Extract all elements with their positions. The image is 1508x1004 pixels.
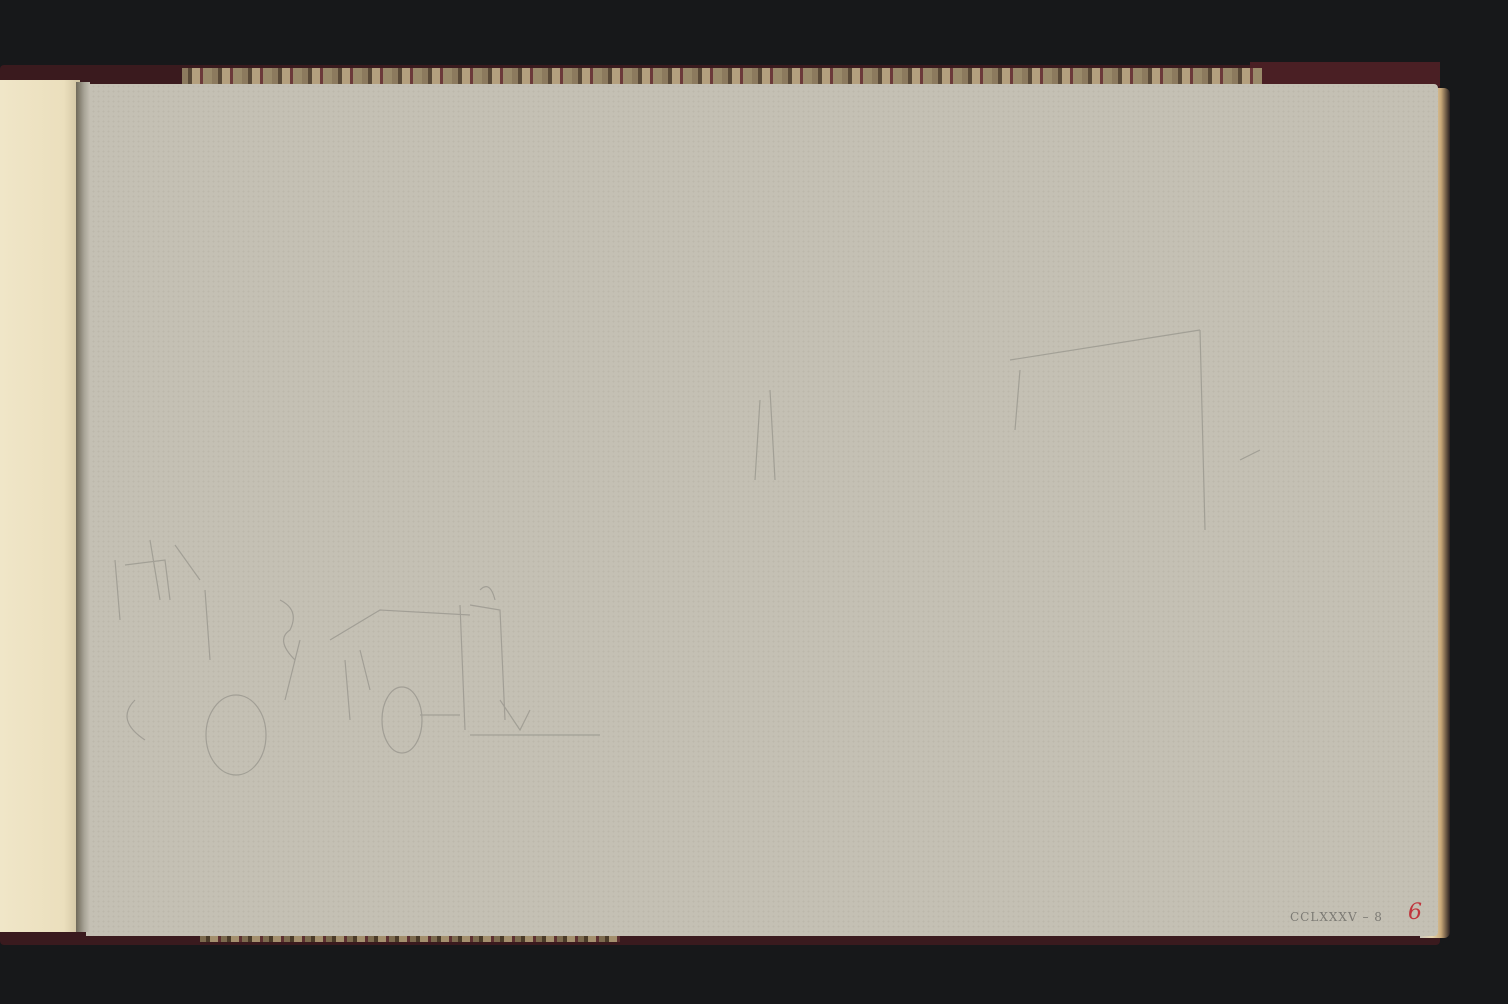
folio-number: 6 — [1408, 900, 1422, 925]
left-page — [0, 80, 80, 932]
book-gutter — [76, 82, 90, 932]
cover-corner — [1250, 62, 1440, 86]
inventory-stamp: CCLXXXV – 8 — [1290, 910, 1383, 924]
sketch-page — [86, 84, 1438, 936]
